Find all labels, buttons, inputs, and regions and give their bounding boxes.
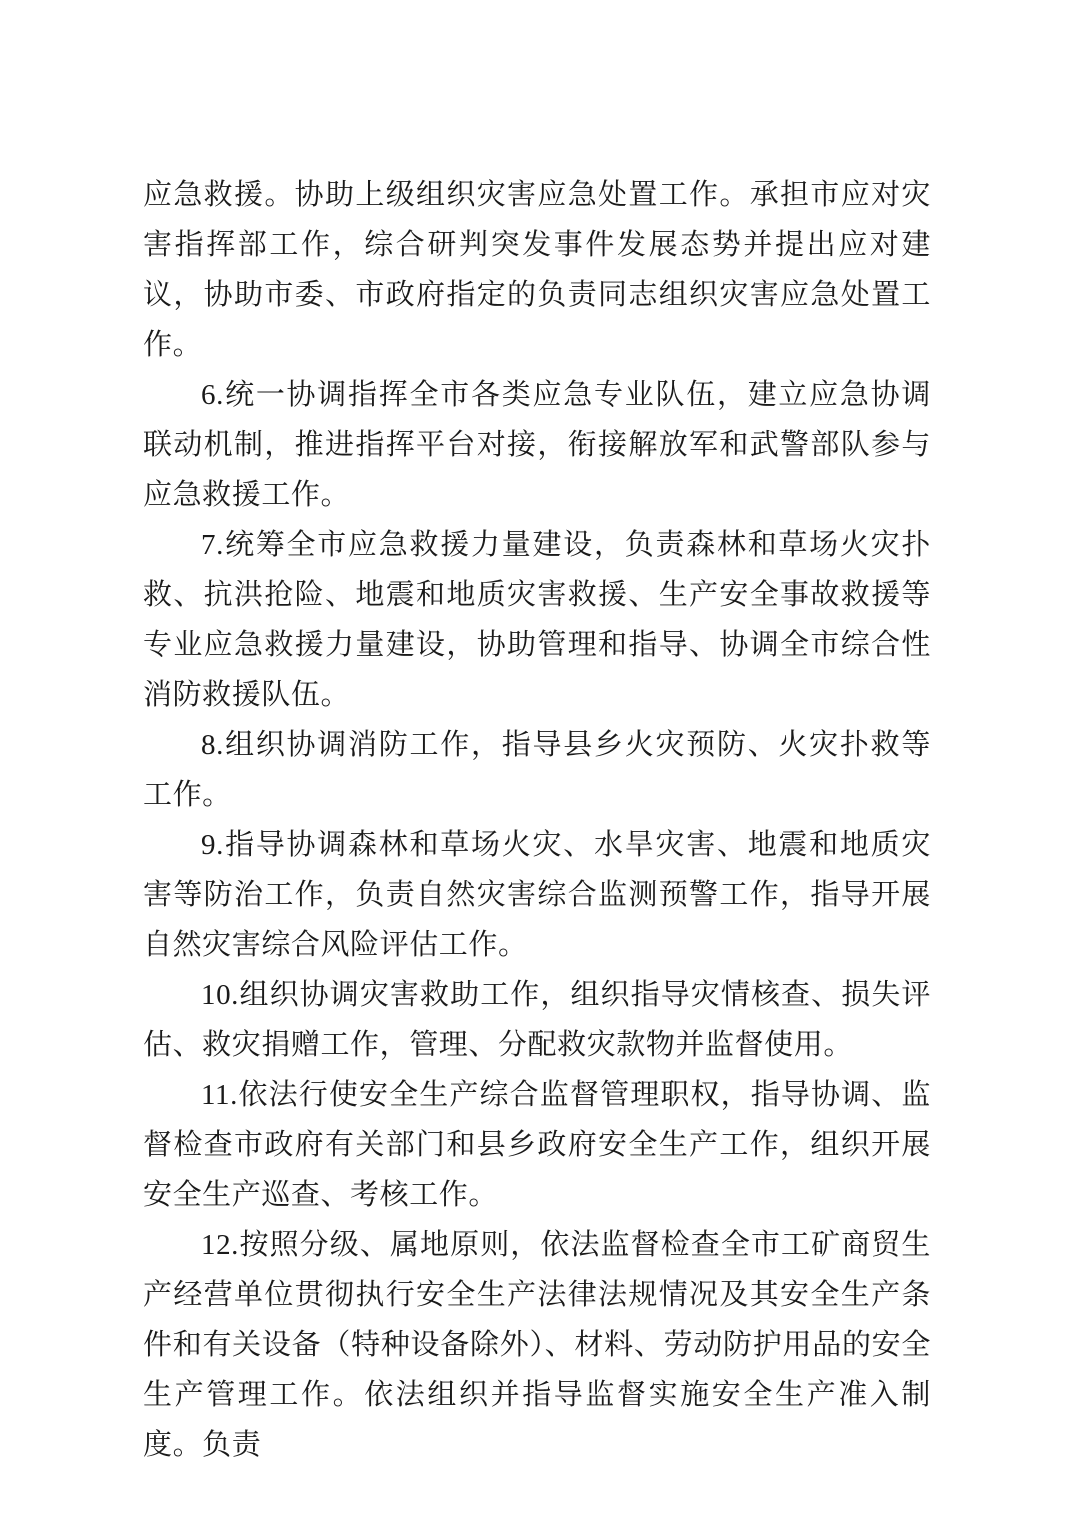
document-page: 应急救援。协助上级组织灾害应急处置工作。承担市应对灾害指挥部工作，综合研判突发事… [0,0,1074,1520]
paragraph-item-7: 7.统筹全市应急救援力量建设，负责森林和草场火灾扑救、抗洪抢险、地震和地质灾害救… [143,520,931,720]
paragraph-item-5-continued: 应急救援。协助上级组织灾害应急处置工作。承担市应对灾害指挥部工作，综合研判突发事… [143,170,931,370]
document-body: 应急救援。协助上级组织灾害应急处置工作。承担市应对灾害指挥部工作，综合研判突发事… [143,170,931,1470]
paragraph-item-8: 8.组织协调消防工作，指导县乡火灾预防、火灾扑救等工作。 [143,720,931,820]
paragraph-item-6: 6.统一协调指挥全市各类应急专业队伍，建立应急协调联动机制，推进指挥平台对接，衔… [143,370,931,520]
paragraph-item-9: 9.指导协调森林和草场火灾、水旱灾害、地震和地质灾害等防治工作，负责自然灾害综合… [143,820,931,970]
paragraph-item-10: 10.组织协调灾害救助工作，组织指导灾情核查、损失评估、救灾捐赠工作，管理、分配… [143,970,931,1070]
paragraph-item-11: 11.依法行使安全生产综合监督管理职权，指导协调、监督检查市政府有关部门和县乡政… [143,1070,931,1220]
paragraph-item-12: 12.按照分级、属地原则，依法监督检查全市工矿商贸生产经营单位贯彻执行安全生产法… [143,1220,931,1470]
